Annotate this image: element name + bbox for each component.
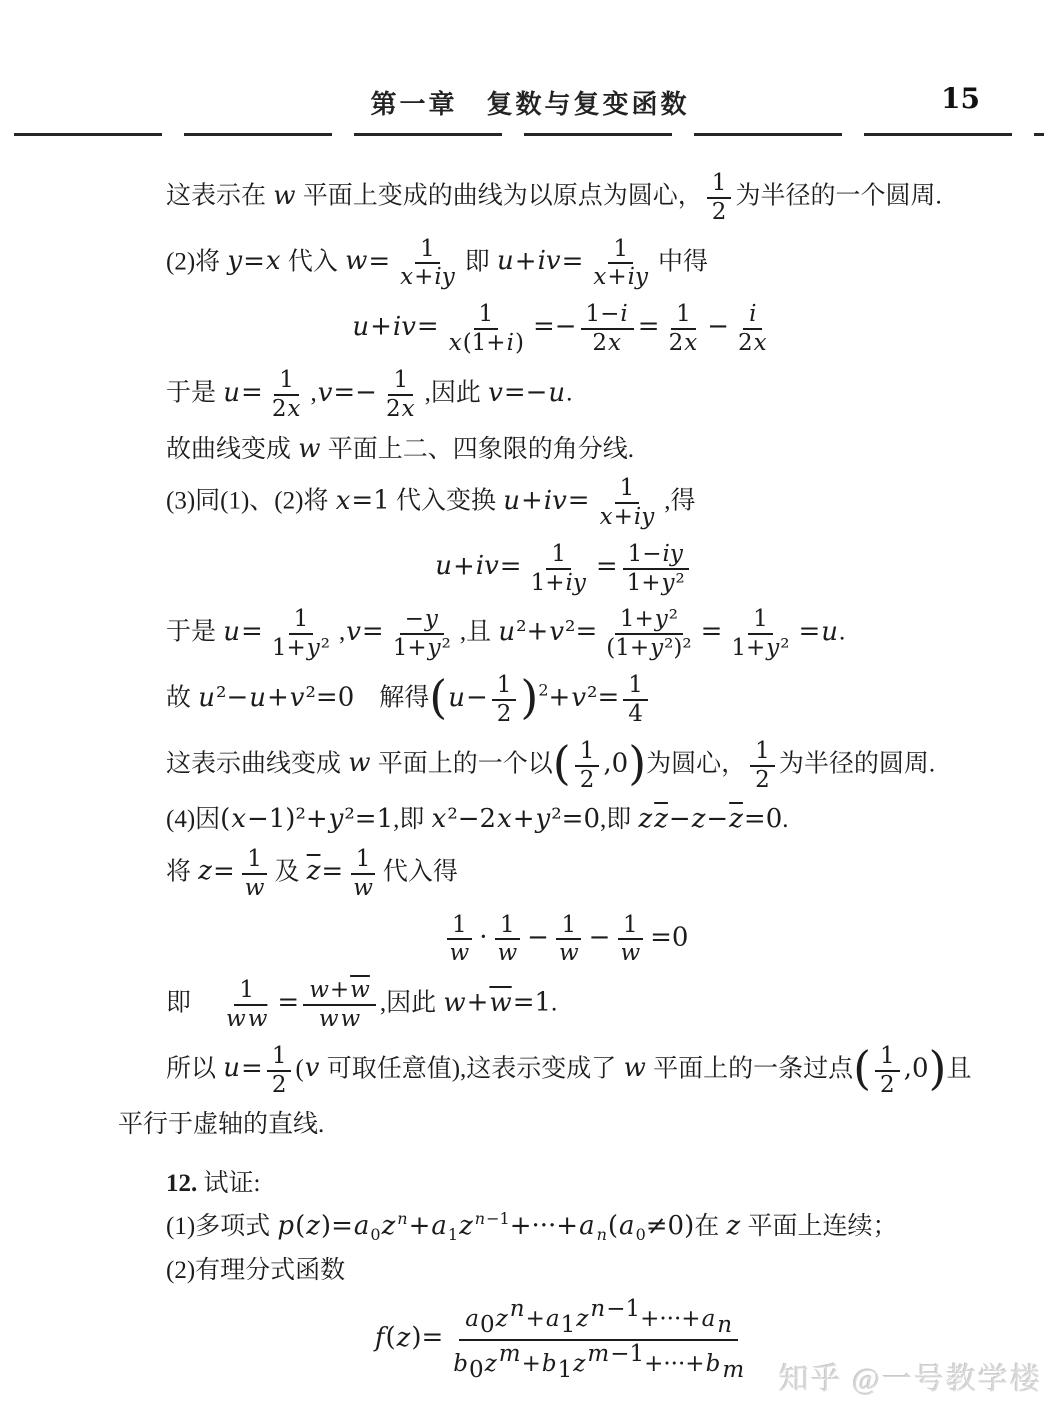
text-run: ,且 bbox=[460, 619, 498, 646]
denominator: ww bbox=[220, 1006, 273, 1033]
math-run: w bbox=[623, 1053, 647, 1083]
text-run: . bbox=[566, 380, 572, 407]
text-run: 平面上的一个以 bbox=[372, 750, 553, 777]
math-run: w+ bbox=[442, 988, 488, 1018]
text-run: . bbox=[782, 806, 788, 833]
para-substitute-z-one-over-w: 将 z=1w及 z=1w代入得 bbox=[118, 846, 1010, 902]
math-run: y=x bbox=[226, 246, 281, 276]
math-run: u+iv= bbox=[351, 312, 438, 342]
para-solve-circle-eq: 故 u²−u+v²=0 解得(u−12)2+v²=14 bbox=[118, 672, 1010, 728]
fraction: 11+y² bbox=[726, 606, 794, 662]
fraction: 12 bbox=[575, 738, 600, 794]
conjugate-bar: w bbox=[349, 977, 371, 1003]
math-run: u+iv= bbox=[434, 551, 521, 581]
superscript: n−1 bbox=[589, 1296, 640, 1322]
numerator: 1 bbox=[608, 236, 633, 265]
numerator: 1 bbox=[447, 912, 472, 941]
math-run: 1 bbox=[239, 977, 254, 1003]
math-run: x(1+i) bbox=[448, 330, 524, 356]
math-run: 1 bbox=[356, 846, 371, 872]
math-run: x²−2x+y²=0 bbox=[431, 804, 600, 834]
numerator: 1 bbox=[474, 301, 499, 330]
math-run: z= bbox=[197, 856, 235, 886]
text-run: 为半径的一个圆周. bbox=[735, 183, 941, 210]
math-run: x+iy bbox=[592, 264, 649, 290]
denominator: 1+y² bbox=[267, 635, 335, 662]
numerator: 1 bbox=[618, 912, 643, 941]
item2-rational-function: (2)有理分式函数 bbox=[118, 1255, 1010, 1286]
numerator: 1 bbox=[556, 912, 581, 941]
math-run: 1 bbox=[880, 1043, 895, 1069]
denominator: 2 bbox=[707, 199, 732, 226]
math-run: b bbox=[452, 1351, 469, 1377]
numerator: 1 bbox=[546, 541, 571, 570]
math-run: 1 bbox=[497, 672, 512, 698]
fraction: 1x+iy bbox=[587, 236, 654, 292]
fraction: 14 bbox=[623, 672, 648, 728]
numerator: a0zn+a1zn−1+···+an bbox=[459, 1296, 738, 1341]
math-run: 1 bbox=[561, 912, 576, 938]
fraction: 12x bbox=[267, 367, 307, 423]
text-run: 故 bbox=[166, 685, 197, 712]
fraction: 12 bbox=[875, 1043, 900, 1099]
math-run: z bbox=[638, 804, 654, 834]
fraction: 12x bbox=[664, 301, 704, 357]
bold-text-run: 12. bbox=[166, 1170, 197, 1197]
text-run: (2)有理分式函数 bbox=[166, 1257, 345, 1284]
subscript: 0 bbox=[480, 1312, 495, 1338]
numerator: 1+y² bbox=[615, 606, 683, 635]
math-run: − bbox=[589, 922, 611, 952]
math-run: u= bbox=[222, 617, 263, 647]
math-run: v bbox=[304, 1053, 321, 1083]
math-run: z bbox=[484, 1351, 498, 1377]
text-run: . bbox=[551, 990, 557, 1017]
numerator: 1 bbox=[242, 846, 267, 875]
text-run: 即 bbox=[166, 990, 216, 1017]
numerator: 1 bbox=[875, 1043, 900, 1072]
fraction: 1+y²(1+y²)² bbox=[601, 606, 696, 662]
text-run: 平行于虚轴的直线. bbox=[118, 1111, 324, 1138]
text-run: 所以 bbox=[166, 1055, 222, 1082]
fraction: 1w bbox=[239, 846, 271, 902]
fraction: 12 bbox=[750, 738, 775, 794]
math-run: w bbox=[558, 940, 580, 966]
math-run: 1+y² bbox=[627, 570, 685, 596]
fraction: 12 bbox=[492, 672, 517, 728]
text-run: (2)将 bbox=[166, 248, 226, 275]
numerator: 1 bbox=[575, 738, 600, 767]
math-run: =0 bbox=[744, 804, 782, 834]
item1-polynomial-continuous: (1)多项式 p(z)=a0zn+a1zn−1+···+an(a0≠0)在 z … bbox=[118, 1209, 1010, 1245]
big-paren: ( bbox=[429, 670, 447, 724]
math-run: u= bbox=[222, 378, 263, 408]
page: 第一章 复数与复变函数 15 这表示在 w 平面上变成的曲线为以原点为圆心，12… bbox=[0, 0, 1060, 1414]
math-run: = bbox=[596, 551, 618, 581]
fraction: 11+iy bbox=[526, 541, 592, 597]
math-run: 2 bbox=[755, 767, 770, 793]
item4-circle-to-zzbar: (4)因(x−1)²+y²=1,即 x²−2x+y²=0,即 zz−z−z=0. bbox=[118, 803, 1010, 836]
big-paren: ) bbox=[628, 736, 646, 790]
math-run: · bbox=[479, 922, 487, 952]
text-run: 解得 bbox=[354, 685, 429, 712]
fraction: 1w bbox=[491, 912, 523, 968]
denominator: 1+y² bbox=[388, 635, 456, 662]
fraction: 1−iy1+y² bbox=[622, 541, 690, 597]
math-run: +v²= bbox=[549, 683, 620, 713]
text-run: 将 bbox=[166, 858, 197, 885]
denominator: 2x bbox=[664, 330, 704, 357]
math-run: 2 bbox=[712, 199, 727, 225]
problem-12-heading: 12. 试证: bbox=[118, 1168, 1010, 1199]
math-run: z bbox=[381, 1211, 397, 1241]
subscript: 1 bbox=[448, 1225, 458, 1244]
math-run: v=− bbox=[317, 378, 377, 408]
text-run: (1)多项式 bbox=[166, 1213, 276, 1240]
item2-substitute-y-eq-x: (2)将 y=x 代入 w=1x+iy即 u+iv=1x+iy中得 bbox=[118, 236, 1010, 292]
para-bisector-conclusion: 故曲线变成 w 平面上二、四象限的角分线. bbox=[118, 433, 1010, 466]
math-run: 1 bbox=[620, 475, 635, 501]
math-run: u²+v²= bbox=[497, 617, 597, 647]
fraction: −y1+y² bbox=[388, 606, 456, 662]
math-run: ≠0) bbox=[646, 1211, 694, 1241]
numerator: 1 bbox=[267, 1043, 292, 1072]
math-run: 1+y² bbox=[393, 635, 451, 661]
fraction: 1x+iy bbox=[594, 475, 661, 531]
fraction: 12 bbox=[267, 1043, 292, 1099]
superscript: m bbox=[498, 1341, 522, 1367]
denominator: x+iy bbox=[587, 264, 654, 291]
math-run: 1−iy bbox=[628, 541, 684, 567]
text-run: 平面上的一条过点 bbox=[647, 1055, 853, 1082]
math-run: 1 bbox=[272, 1043, 287, 1069]
subscript: n bbox=[716, 1312, 733, 1338]
denominator: 2 bbox=[875, 1072, 900, 1099]
text-run: (3)同(1)、(2)将 bbox=[166, 488, 335, 515]
fraction: 1w bbox=[347, 846, 379, 902]
math-run: 1 bbox=[452, 912, 467, 938]
text-run: 平面上二、四象限的角分线. bbox=[322, 436, 635, 463]
math-run: u²−u+v²=0 bbox=[197, 683, 354, 713]
text-run: 为圆心， bbox=[646, 750, 746, 777]
text-run: 及 bbox=[274, 858, 305, 885]
math-run: 2x bbox=[738, 330, 768, 356]
numerator: w+w bbox=[303, 977, 376, 1006]
numerator: 1 bbox=[274, 367, 299, 396]
watermark: 知乎 @一号教学楼 bbox=[779, 1354, 1042, 1398]
numerator: 1 bbox=[623, 672, 648, 701]
subscript: 1 bbox=[561, 1312, 576, 1338]
fraction: 11+y² bbox=[267, 606, 335, 662]
text-run: 即 bbox=[465, 248, 496, 275]
conjugate-bar: w bbox=[247, 1006, 269, 1032]
math-run: 4 bbox=[628, 701, 643, 727]
math-run: z bbox=[726, 1211, 742, 1241]
math-run: w bbox=[244, 875, 266, 901]
math-run: w bbox=[347, 748, 371, 778]
superscript: n bbox=[509, 1296, 526, 1322]
math-run: u+iv= bbox=[496, 246, 583, 276]
item3-substitute-x-eq-1: (3)同(1)、(2)将 x=1 代入变换 u+iv=1x+iy,得 bbox=[118, 475, 1010, 531]
numerator: 1 bbox=[351, 846, 376, 875]
numerator: 1 bbox=[388, 367, 413, 396]
math-run: +a bbox=[526, 1306, 561, 1332]
text-run: ,得 bbox=[664, 488, 695, 515]
math-run: +b bbox=[522, 1351, 558, 1377]
fraction: 1w bbox=[614, 912, 646, 968]
conjugate-bar: z bbox=[728, 804, 744, 834]
denominator: 2 bbox=[492, 701, 517, 728]
math-run: z bbox=[495, 1306, 509, 1332]
denominator: b0zm+b1zm−1+···+bm bbox=[447, 1341, 750, 1384]
math-run: (1+y²)² bbox=[606, 635, 691, 661]
math-run: = bbox=[638, 312, 660, 342]
denominator: 2 bbox=[267, 1072, 292, 1099]
denominator: x(1+i) bbox=[443, 330, 529, 357]
text-run: 故曲线变成 bbox=[166, 436, 297, 463]
denominator: 2x bbox=[587, 330, 627, 357]
math-run: +···+a bbox=[510, 1211, 596, 1241]
text-run: 于是 bbox=[166, 380, 222, 407]
numerator: 1 bbox=[707, 170, 732, 199]
denominator: 1+iy bbox=[526, 570, 592, 597]
math-run: p(z)=a bbox=[276, 1211, 370, 1241]
text-run: 这表示在 bbox=[166, 183, 272, 210]
math-run: 2 bbox=[880, 1072, 895, 1098]
denominator: 1+y² bbox=[726, 635, 794, 662]
conjugate-bar: z bbox=[653, 804, 669, 834]
fraction: a0zn+a1zn−1+···+anb0zm+b1zm−1+···+bm bbox=[447, 1296, 750, 1384]
math-run: 1 bbox=[479, 301, 494, 327]
numerator: 1 bbox=[748, 606, 773, 635]
text-run: 平面上连续； bbox=[741, 1213, 897, 1240]
fraction: 12 bbox=[707, 170, 732, 226]
math-run: u= bbox=[222, 1053, 263, 1083]
math-run: a bbox=[464, 1306, 480, 1332]
fraction: 1x+iy bbox=[394, 236, 461, 292]
fraction: 1w bbox=[444, 912, 476, 968]
denominator: ww bbox=[313, 1006, 366, 1033]
math-run: ,0 bbox=[603, 748, 628, 778]
math-run: 1−i bbox=[586, 301, 629, 327]
denominator: 2 bbox=[575, 767, 600, 794]
page-header: 第一章 复数与复变函数 15 bbox=[0, 0, 1060, 136]
denominator: w bbox=[553, 940, 585, 967]
denominator: w bbox=[347, 875, 379, 902]
header-rule bbox=[14, 133, 1044, 136]
math-run: w bbox=[449, 940, 471, 966]
para-u-v-y-values: 于是 u=11+y²,v=−y1+y²,且 u²+v²=1+y²(1+y²)²=… bbox=[118, 606, 1010, 662]
math-run: 1 bbox=[623, 912, 638, 938]
math-run: w bbox=[225, 1006, 247, 1032]
math-run: w+ bbox=[308, 977, 349, 1003]
para-circle-half-radius: 这表示在 w 平面上变成的曲线为以原点为圆心，12为半径的一个圆周. bbox=[118, 170, 1010, 226]
math-run: −y bbox=[405, 606, 439, 632]
para-circle-center-half: 这表示曲线变成 w 平面上的一个以(12,0)为圆心，12为半径的圆周. bbox=[118, 738, 1010, 794]
text-run: ( bbox=[295, 1055, 303, 1082]
math-run: 1 bbox=[580, 738, 595, 764]
math-run: 2x bbox=[669, 330, 699, 356]
numerator: i bbox=[743, 301, 762, 330]
text-run: 于是 bbox=[166, 619, 222, 646]
eq-uiv-one-plus-iy: u+iv=11+iy=1−iy1+y² bbox=[118, 541, 1010, 597]
math-run: =− bbox=[533, 312, 577, 342]
page-body: 这表示在 w 平面上变成的曲线为以原点为圆心，12为半径的一个圆周.(2)将 y… bbox=[0, 136, 1060, 1384]
math-run: x=1 bbox=[335, 486, 390, 516]
math-run: +···+b bbox=[644, 1351, 721, 1377]
text-run: 代入得 bbox=[383, 858, 458, 885]
math-run: z bbox=[575, 1306, 589, 1332]
superscript: 2 bbox=[538, 681, 548, 700]
text-run: . bbox=[839, 619, 845, 646]
math-run: x+iy bbox=[599, 504, 656, 530]
math-run: w bbox=[318, 1006, 340, 1032]
math-run: u− bbox=[447, 683, 488, 713]
math-run: 1+y² bbox=[620, 606, 678, 632]
fraction: w+www bbox=[303, 977, 376, 1033]
math-run: 1 bbox=[420, 236, 435, 262]
math-run: 1+iy bbox=[531, 570, 587, 596]
math-run: ,0 bbox=[904, 1053, 929, 1083]
numerator: 1 bbox=[750, 738, 775, 767]
math-run: (x−1)²+y²=1 bbox=[220, 804, 393, 834]
math-run: − bbox=[527, 922, 549, 952]
denominator: 4 bbox=[623, 701, 648, 728]
text-run: 试证: bbox=[197, 1170, 260, 1197]
fraction: 12x bbox=[381, 367, 421, 423]
subscript: 0 bbox=[636, 1225, 646, 1244]
math-run: =u bbox=[799, 617, 840, 647]
fraction: 1ww bbox=[220, 977, 273, 1033]
math-run: 1 bbox=[712, 170, 727, 196]
math-run: 1 bbox=[551, 541, 566, 567]
text-run: ,因此 bbox=[380, 990, 443, 1017]
math-run: 1 bbox=[753, 606, 768, 632]
math-run: 1 bbox=[755, 738, 770, 764]
chapter-title: 第一章 复数与复变函数 bbox=[0, 84, 1060, 121]
para-w-plus-wbar: 即 1ww=w+www,因此 w+w=1. bbox=[118, 977, 1010, 1033]
math-run: x+iy bbox=[399, 264, 456, 290]
numerator: 1 bbox=[234, 977, 259, 1006]
math-run: +···+a bbox=[640, 1306, 716, 1332]
denominator: 2 bbox=[750, 767, 775, 794]
para-u-v-values: 于是 u=12x,v=−12x,因此 v=−u. bbox=[118, 367, 1010, 423]
math-run: − bbox=[707, 312, 729, 342]
numerator: 1−i bbox=[581, 301, 634, 330]
math-run: 1 bbox=[676, 301, 691, 327]
math-run: w bbox=[297, 434, 321, 464]
numerator: 1 bbox=[671, 301, 696, 330]
math-run: =1 bbox=[513, 988, 551, 1018]
text-run: (4)因 bbox=[166, 806, 220, 833]
text-run: 代入变换 bbox=[390, 488, 503, 515]
math-run: 2x bbox=[386, 396, 416, 422]
denominator: w bbox=[239, 875, 271, 902]
numerator: 1 bbox=[415, 236, 440, 265]
math-run: z bbox=[458, 1211, 474, 1241]
math-run: i bbox=[748, 301, 757, 327]
math-run: u+iv= bbox=[502, 486, 589, 516]
superscript: n−1 bbox=[474, 1209, 510, 1228]
denominator: x+iy bbox=[594, 504, 661, 531]
text-run: 且 bbox=[946, 1055, 971, 1082]
denominator: 2x bbox=[381, 396, 421, 423]
big-paren: ) bbox=[929, 1041, 947, 1095]
numerator: 1 bbox=[495, 912, 520, 941]
math-run: 1+y² bbox=[731, 635, 789, 661]
text-run: ,因此 bbox=[425, 380, 488, 407]
math-run: w bbox=[272, 181, 296, 211]
text-run: 代入 bbox=[282, 248, 345, 275]
conjugate-bar: w bbox=[496, 940, 518, 966]
text-run: 可取任意值),这表示变成了 bbox=[320, 1055, 622, 1082]
conjugate-bar: w bbox=[619, 940, 641, 966]
math-run: 1+y² bbox=[272, 635, 330, 661]
numerator: 1 bbox=[492, 672, 517, 701]
math-run: w= bbox=[344, 246, 390, 276]
math-run: =0 bbox=[650, 922, 688, 952]
denominator: w bbox=[444, 940, 476, 967]
fraction: i2x bbox=[733, 301, 773, 357]
math-run: 1 bbox=[247, 846, 262, 872]
numerator: 1−iy bbox=[623, 541, 689, 570]
eq-uiv-x-one-plus-i: u+iv=1x(1+i)=−1−i2x=12x−i2x bbox=[118, 301, 1010, 357]
math-run: = bbox=[321, 856, 343, 886]
math-run: 2 bbox=[272, 1072, 287, 1098]
text-run: 为半径的圆周. bbox=[779, 750, 935, 777]
subscript: 1 bbox=[558, 1357, 573, 1383]
conjugate-bar: w bbox=[488, 988, 512, 1018]
page-number: 15 bbox=[941, 82, 980, 115]
math-run: z bbox=[572, 1351, 586, 1377]
math-run: = bbox=[277, 988, 299, 1018]
subscript: n bbox=[596, 1225, 608, 1244]
math-run: (a bbox=[608, 1211, 636, 1241]
big-paren: ) bbox=[520, 670, 538, 724]
math-run: 2 bbox=[497, 701, 512, 727]
fraction: 1w bbox=[553, 912, 585, 968]
superscript: n bbox=[396, 1209, 408, 1228]
math-run: −z− bbox=[669, 804, 728, 834]
math-run: 1 bbox=[294, 606, 309, 632]
text-run: 在 bbox=[694, 1213, 725, 1240]
math-run: 1 bbox=[500, 912, 515, 938]
big-paren: ( bbox=[853, 1041, 871, 1095]
denominator: w bbox=[491, 940, 523, 967]
numerator: −y bbox=[400, 606, 444, 635]
text-run: 这表示曲线变成 bbox=[166, 750, 347, 777]
denominator: x+iy bbox=[394, 264, 461, 291]
math-run: = bbox=[701, 617, 723, 647]
fraction: 1−i2x bbox=[581, 301, 634, 357]
math-run: 1 bbox=[628, 672, 643, 698]
fraction: 1x(1+i) bbox=[443, 301, 529, 357]
subscript: 0 bbox=[469, 1357, 484, 1383]
superscript: m−1 bbox=[586, 1341, 644, 1367]
math-run: +a bbox=[409, 1211, 448, 1241]
subscript: m bbox=[721, 1357, 745, 1383]
denominator: 2x bbox=[267, 396, 307, 423]
subscript: 0 bbox=[370, 1225, 380, 1244]
math-run: 1 bbox=[613, 236, 628, 262]
math-run: 1 bbox=[279, 367, 294, 393]
text-run: ,即 bbox=[393, 806, 431, 833]
text-run: 平面上变成的曲线为以原点为圆心， bbox=[297, 183, 703, 210]
math-run: 2 bbox=[580, 767, 595, 793]
math-run: v= bbox=[345, 617, 384, 647]
big-paren: ( bbox=[553, 736, 571, 790]
eq-w-wbar: 1w·1w−1w−1w=0 bbox=[118, 912, 1010, 968]
